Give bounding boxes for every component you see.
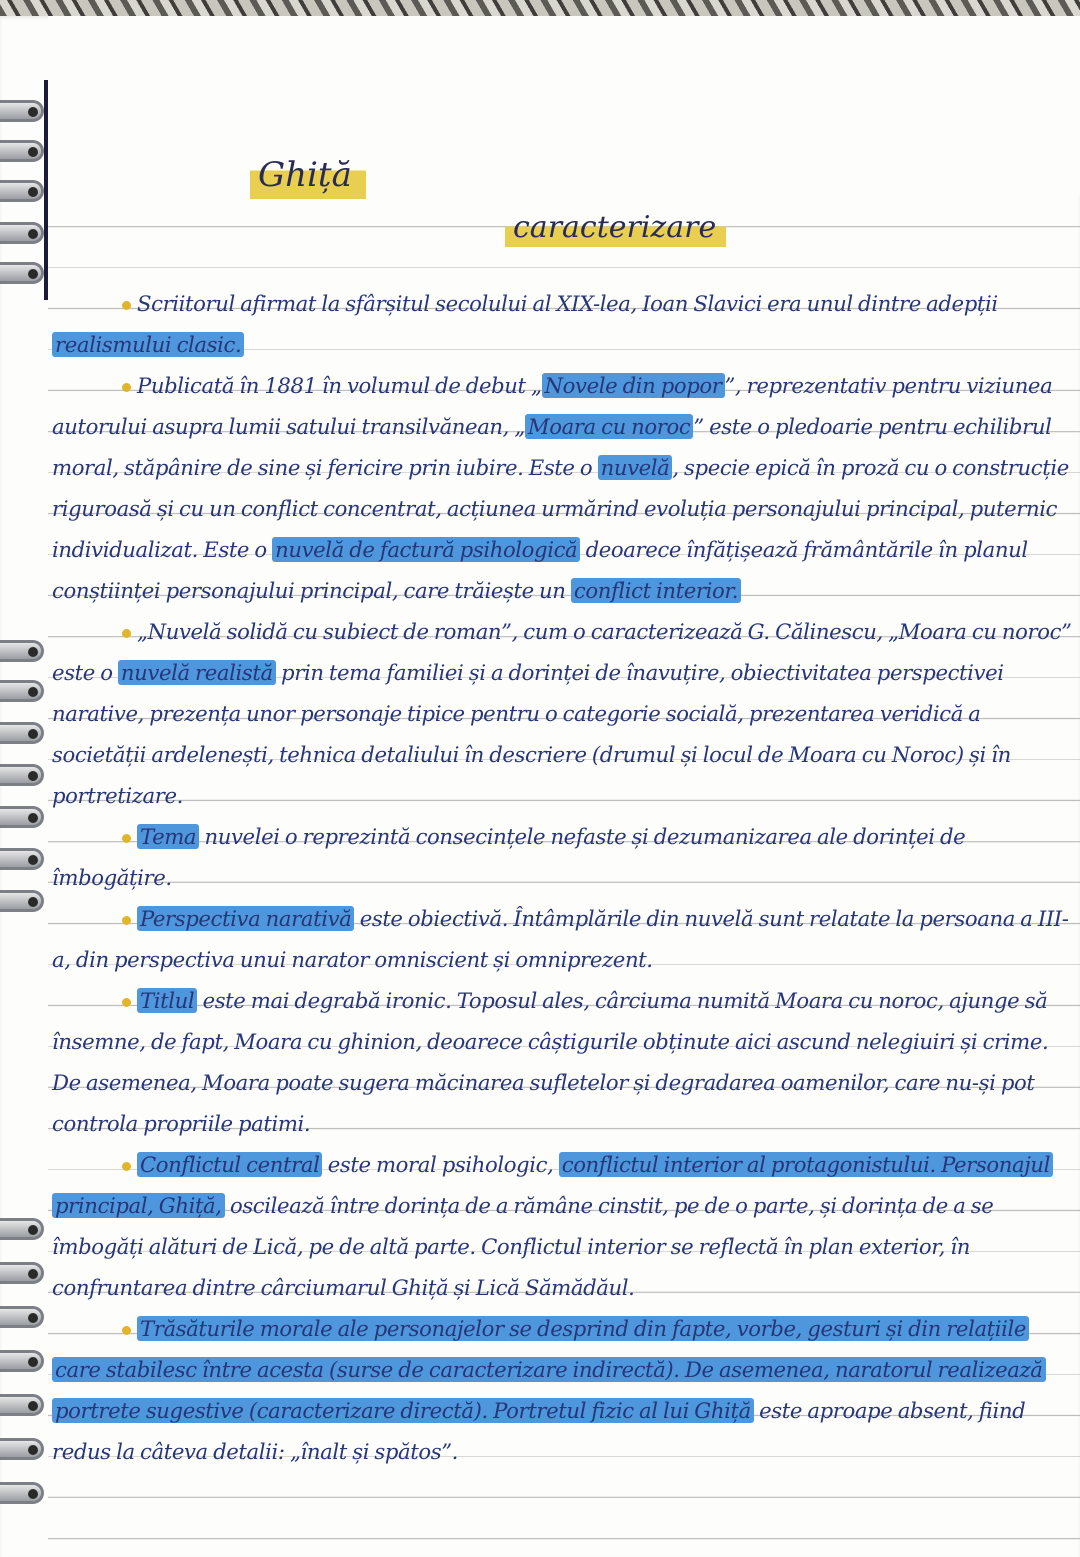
highlighted-text: nuvelă de factură psihologică [272,537,580,562]
bullet-dot-icon [122,1326,131,1335]
paragraph: „Nuvelă solidă cu subiect de roman”, cum… [52,611,1072,816]
top-margin [48,16,1080,196]
highlighted-text: Tema [137,824,199,849]
spiral-ring [0,1218,44,1240]
spiral-ring [0,1306,44,1328]
spiral-ring [0,262,44,284]
spiral-ring [0,806,44,828]
highlighted-text: nuvelă realistă [118,660,276,685]
paragraph: Titlul este mai degrabă ironic. Toposul … [52,980,1072,1144]
highlighted-text: Conflictul central [137,1152,322,1177]
notes-body: Scriitorul afirmat la sfârșitul secolulu… [52,283,1072,1472]
spiral-ring [0,1350,44,1372]
highlighted-text: Perspectiva narativă [137,906,354,931]
highlighted-text: nuvelă [598,455,673,480]
highlighted-text: Novele din popor [542,373,725,398]
spiral-ring [0,1394,44,1416]
text-segment: este moral psihologic, [322,1152,558,1177]
paragraph: Trăsăturile morale ale personajelor se d… [52,1308,1072,1472]
spiral-ring [0,764,44,786]
highlighted-text: Titlul [137,988,197,1013]
highlighted-text: realismului clasic. [52,332,244,357]
bullet-dot-icon [122,998,131,1007]
highlighted-text: conflict interior. [571,578,741,603]
spiral-ring [0,848,44,870]
paragraph: Scriitorul afirmat la sfârșitul secolulu… [52,283,1072,365]
spiral-ring [0,180,44,202]
paragraph: Publicată în 1881 în volumul de debut „N… [52,365,1072,611]
paragraph: Perspectiva narativă este obiectivă. Înt… [52,898,1072,980]
spiral-ring [0,1482,44,1504]
spiral-ring [0,722,44,744]
text-segment: este mai degrabă ironic. Toposul ales, c… [52,988,1048,1136]
paragraph: Conflictul central este moral psihologic… [52,1144,1072,1308]
bullet-dot-icon [122,383,131,392]
spiral-ring [0,1438,44,1460]
bullet-dot-icon [122,916,131,925]
page-title: Ghiță [250,155,366,199]
paragraph: Tema nuvelei o reprezintă consecințele n… [52,816,1072,898]
text-segment: Publicată în 1881 în volumul de debut „ [137,373,542,398]
spiral-ring [0,680,44,702]
page-subtitle: caracterizare [505,210,726,247]
highlighted-text: Moara cu noroc [525,414,693,439]
spiral-ring [0,1262,44,1284]
spiral-ring [0,140,44,162]
spiral-ring [0,222,44,244]
bullet-dot-icon [122,629,131,638]
spiral-binding [0,0,50,1557]
bullet-dot-icon [122,1162,131,1171]
spiral-ring [0,890,44,912]
bullet-dot-icon [122,834,131,843]
spiral-ring [0,640,44,662]
spiral-ring [0,100,44,122]
background-pattern [0,0,1080,16]
bullet-dot-icon [122,301,131,310]
text-segment: Scriitorul afirmat la sfârșitul secolulu… [137,291,998,316]
